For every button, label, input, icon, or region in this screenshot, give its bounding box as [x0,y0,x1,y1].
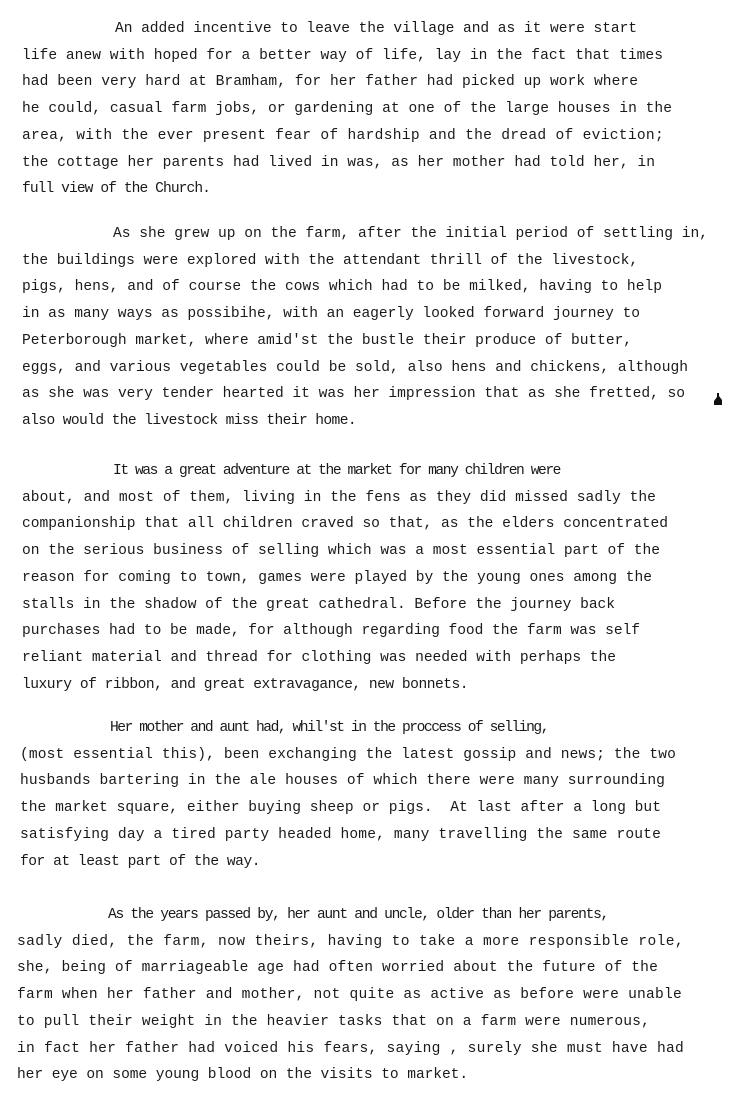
text-line: in fact her father had voiced his fears,… [17,1040,684,1058]
text-line: to pull their weight in the heavier task… [17,1013,650,1031]
text-line: on the serious business of selling which… [22,542,660,560]
text-line: As the years passed by, her aunt and unc… [108,906,608,924]
text-line: satisfying day a tired party headed home… [20,826,661,844]
typewritten-page: An added incentive to leave the village … [0,0,742,1100]
text-line: he could, casual farm jobs, or gardening… [22,100,672,118]
text-line: had been very hard at Bramham, for her f… [22,73,638,91]
text-line: her eye on some young blood on the visit… [17,1066,468,1084]
text-line: sadly died, the farm, now theirs, having… [17,933,684,951]
text-line: Peterborough market, where amid'st the b… [22,332,632,350]
text-line: eggs, and various vegetables could be so… [22,359,688,377]
text-line: An added incentive to leave the village … [115,20,637,38]
text-line: for at least part of the way. [20,853,260,871]
text-line: the buildings were explored with the att… [22,252,638,270]
text-line: the market square, either buying sheep o… [20,799,661,817]
text-line: area, with the ever present fear of hard… [22,127,664,145]
text-line: reliant material and thread for clothing… [22,649,616,667]
text-line: stalls in the shadow of the great cathed… [22,596,615,614]
ink-blot-mark [713,392,723,406]
text-line: she, being of marriageable age had often… [17,959,658,977]
text-line: about, and most of them, living in the f… [22,489,656,507]
text-line: (most essential this), been exchanging t… [20,746,676,764]
text-line: As she grew up on the farm, after the in… [113,225,708,243]
text-line: Her mother and aunt had, whil'st in the … [110,719,548,737]
text-line: reason for coming to town, games were pl… [22,569,652,587]
text-line: husbands bartering in the ale houses of … [20,772,665,790]
text-line: also would the livestock miss their home… [22,412,356,430]
text-line: farm when her father and mother, not qui… [17,986,682,1004]
text-line: as she was very tender hearted it was he… [22,385,685,403]
text-line: life anew with hoped for a better way of… [22,47,663,65]
text-line: It was a great adventure at the market f… [113,462,560,480]
text-line: full view of the Church. [22,180,210,198]
text-line: companionship that all children craved s… [22,515,668,533]
text-line: luxury of ribbon, and great extravagance… [22,676,468,694]
text-line: purchases had to be made, for although r… [22,622,640,640]
text-line: in as many ways as possibihe, with an ea… [22,305,640,323]
text-line: pigs, hens, and of course the cows which… [22,278,662,296]
text-line: the cottage her parents had lived in was… [22,154,655,172]
